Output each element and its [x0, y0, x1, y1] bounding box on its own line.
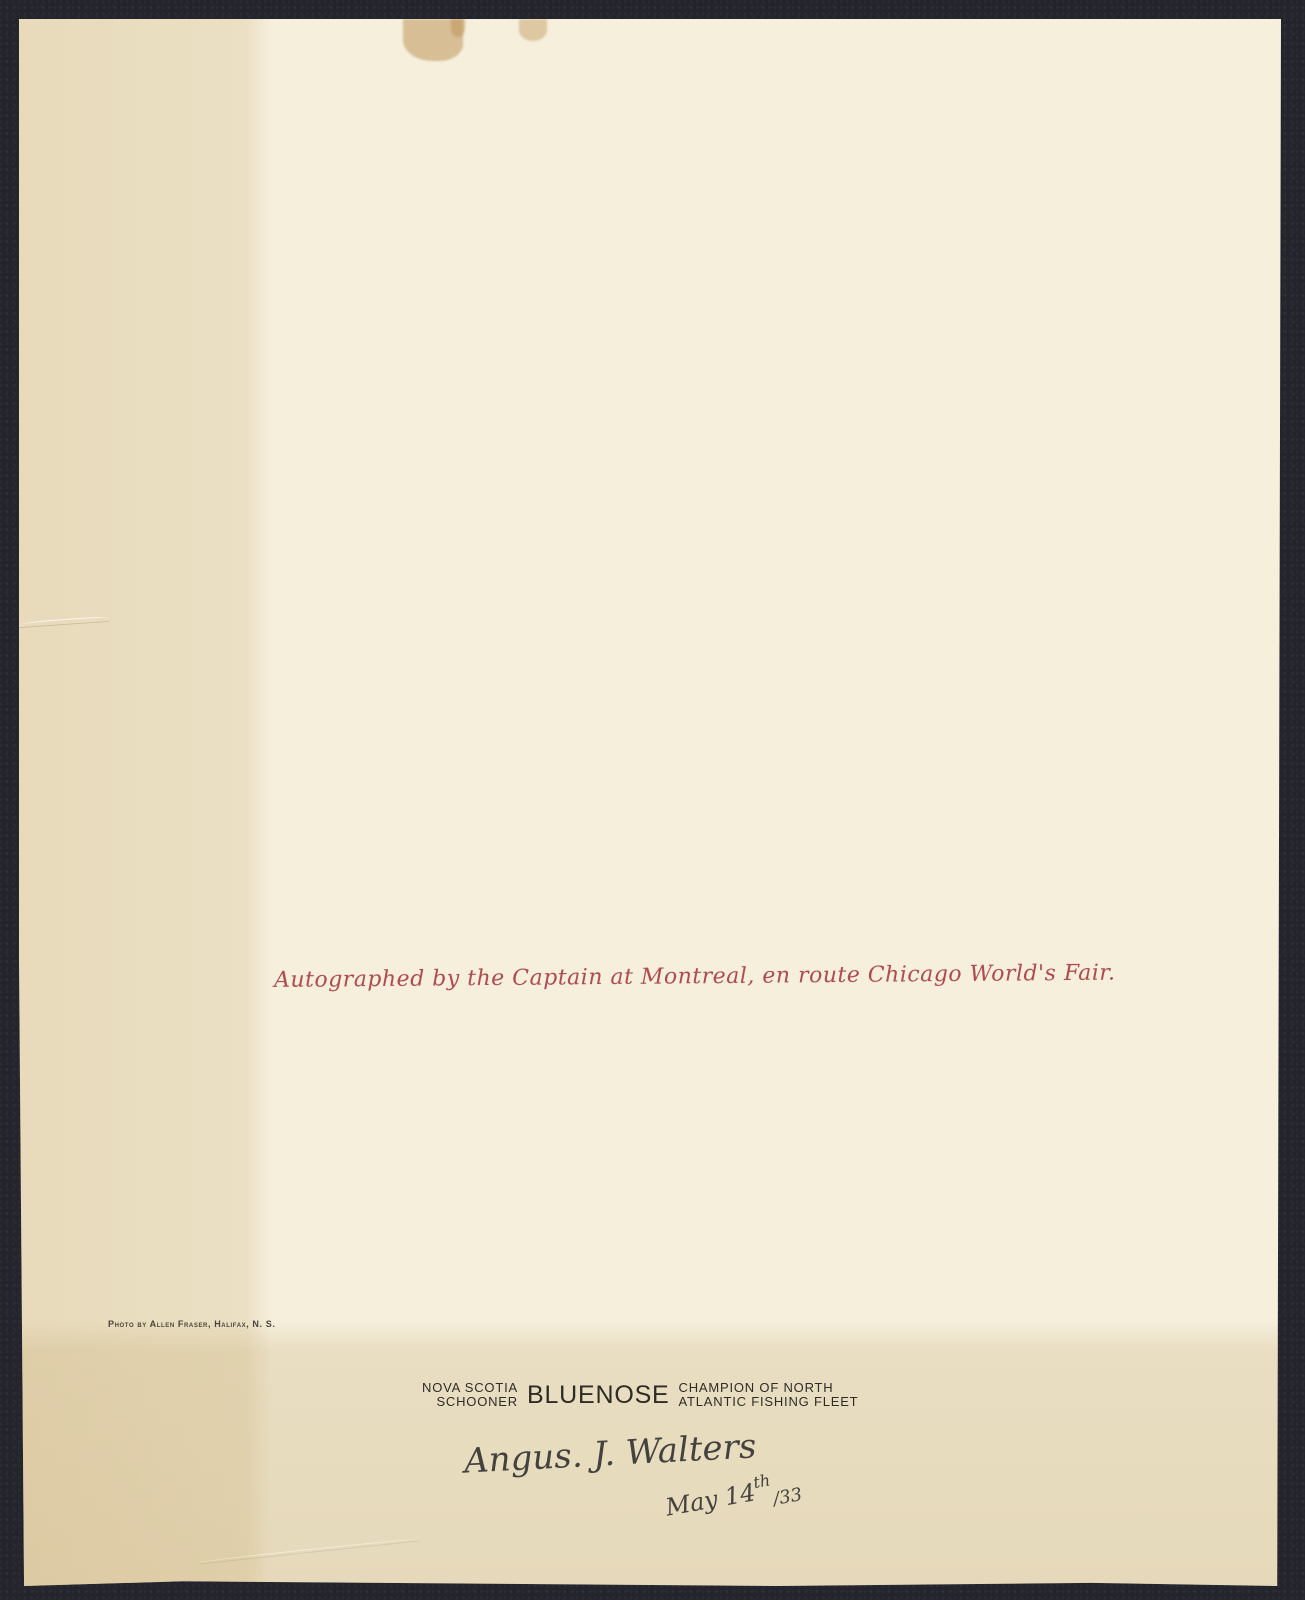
handwritten-inscription: Autographed by the Captain at Montreal, … [274, 960, 1174, 993]
water-stain [519, 19, 547, 41]
printed-caption: NOVA SCOTIA SCHOONER BLUENOSE CHAMPION O… [422, 1381, 858, 1409]
date-suffix: th [752, 1470, 772, 1492]
caption-right-line2: ATLANTIC FISHING FLEET [679, 1395, 859, 1409]
caption-left: NOVA SCOTIA SCHOONER [422, 1381, 518, 1409]
captain-signature: Angus. J. Walters [463, 1426, 757, 1481]
caption-right-line1: CHAMPION OF NORTH [679, 1381, 859, 1395]
caption-left-line1: NOVA SCOTIA [422, 1381, 518, 1395]
caption-title: BLUENOSE [527, 1381, 670, 1409]
document-paper: Autographed by the Captain at Montreal, … [19, 19, 1281, 1586]
water-stain [451, 19, 465, 37]
date-year: /33 [772, 1484, 804, 1510]
caption-left-line2: SCHOONER [422, 1395, 518, 1409]
caption-right: CHAMPION OF NORTH ATLANTIC FISHING FLEET [679, 1381, 859, 1409]
date-text: May 14 [663, 1478, 757, 1521]
signature-date: May 14th/33 [663, 1465, 804, 1528]
paper-crease [199, 1538, 418, 1565]
paper-crease [19, 616, 109, 628]
photo-credit: Photo by Allen Fraser, Halifax, N. S. [108, 1319, 275, 1329]
